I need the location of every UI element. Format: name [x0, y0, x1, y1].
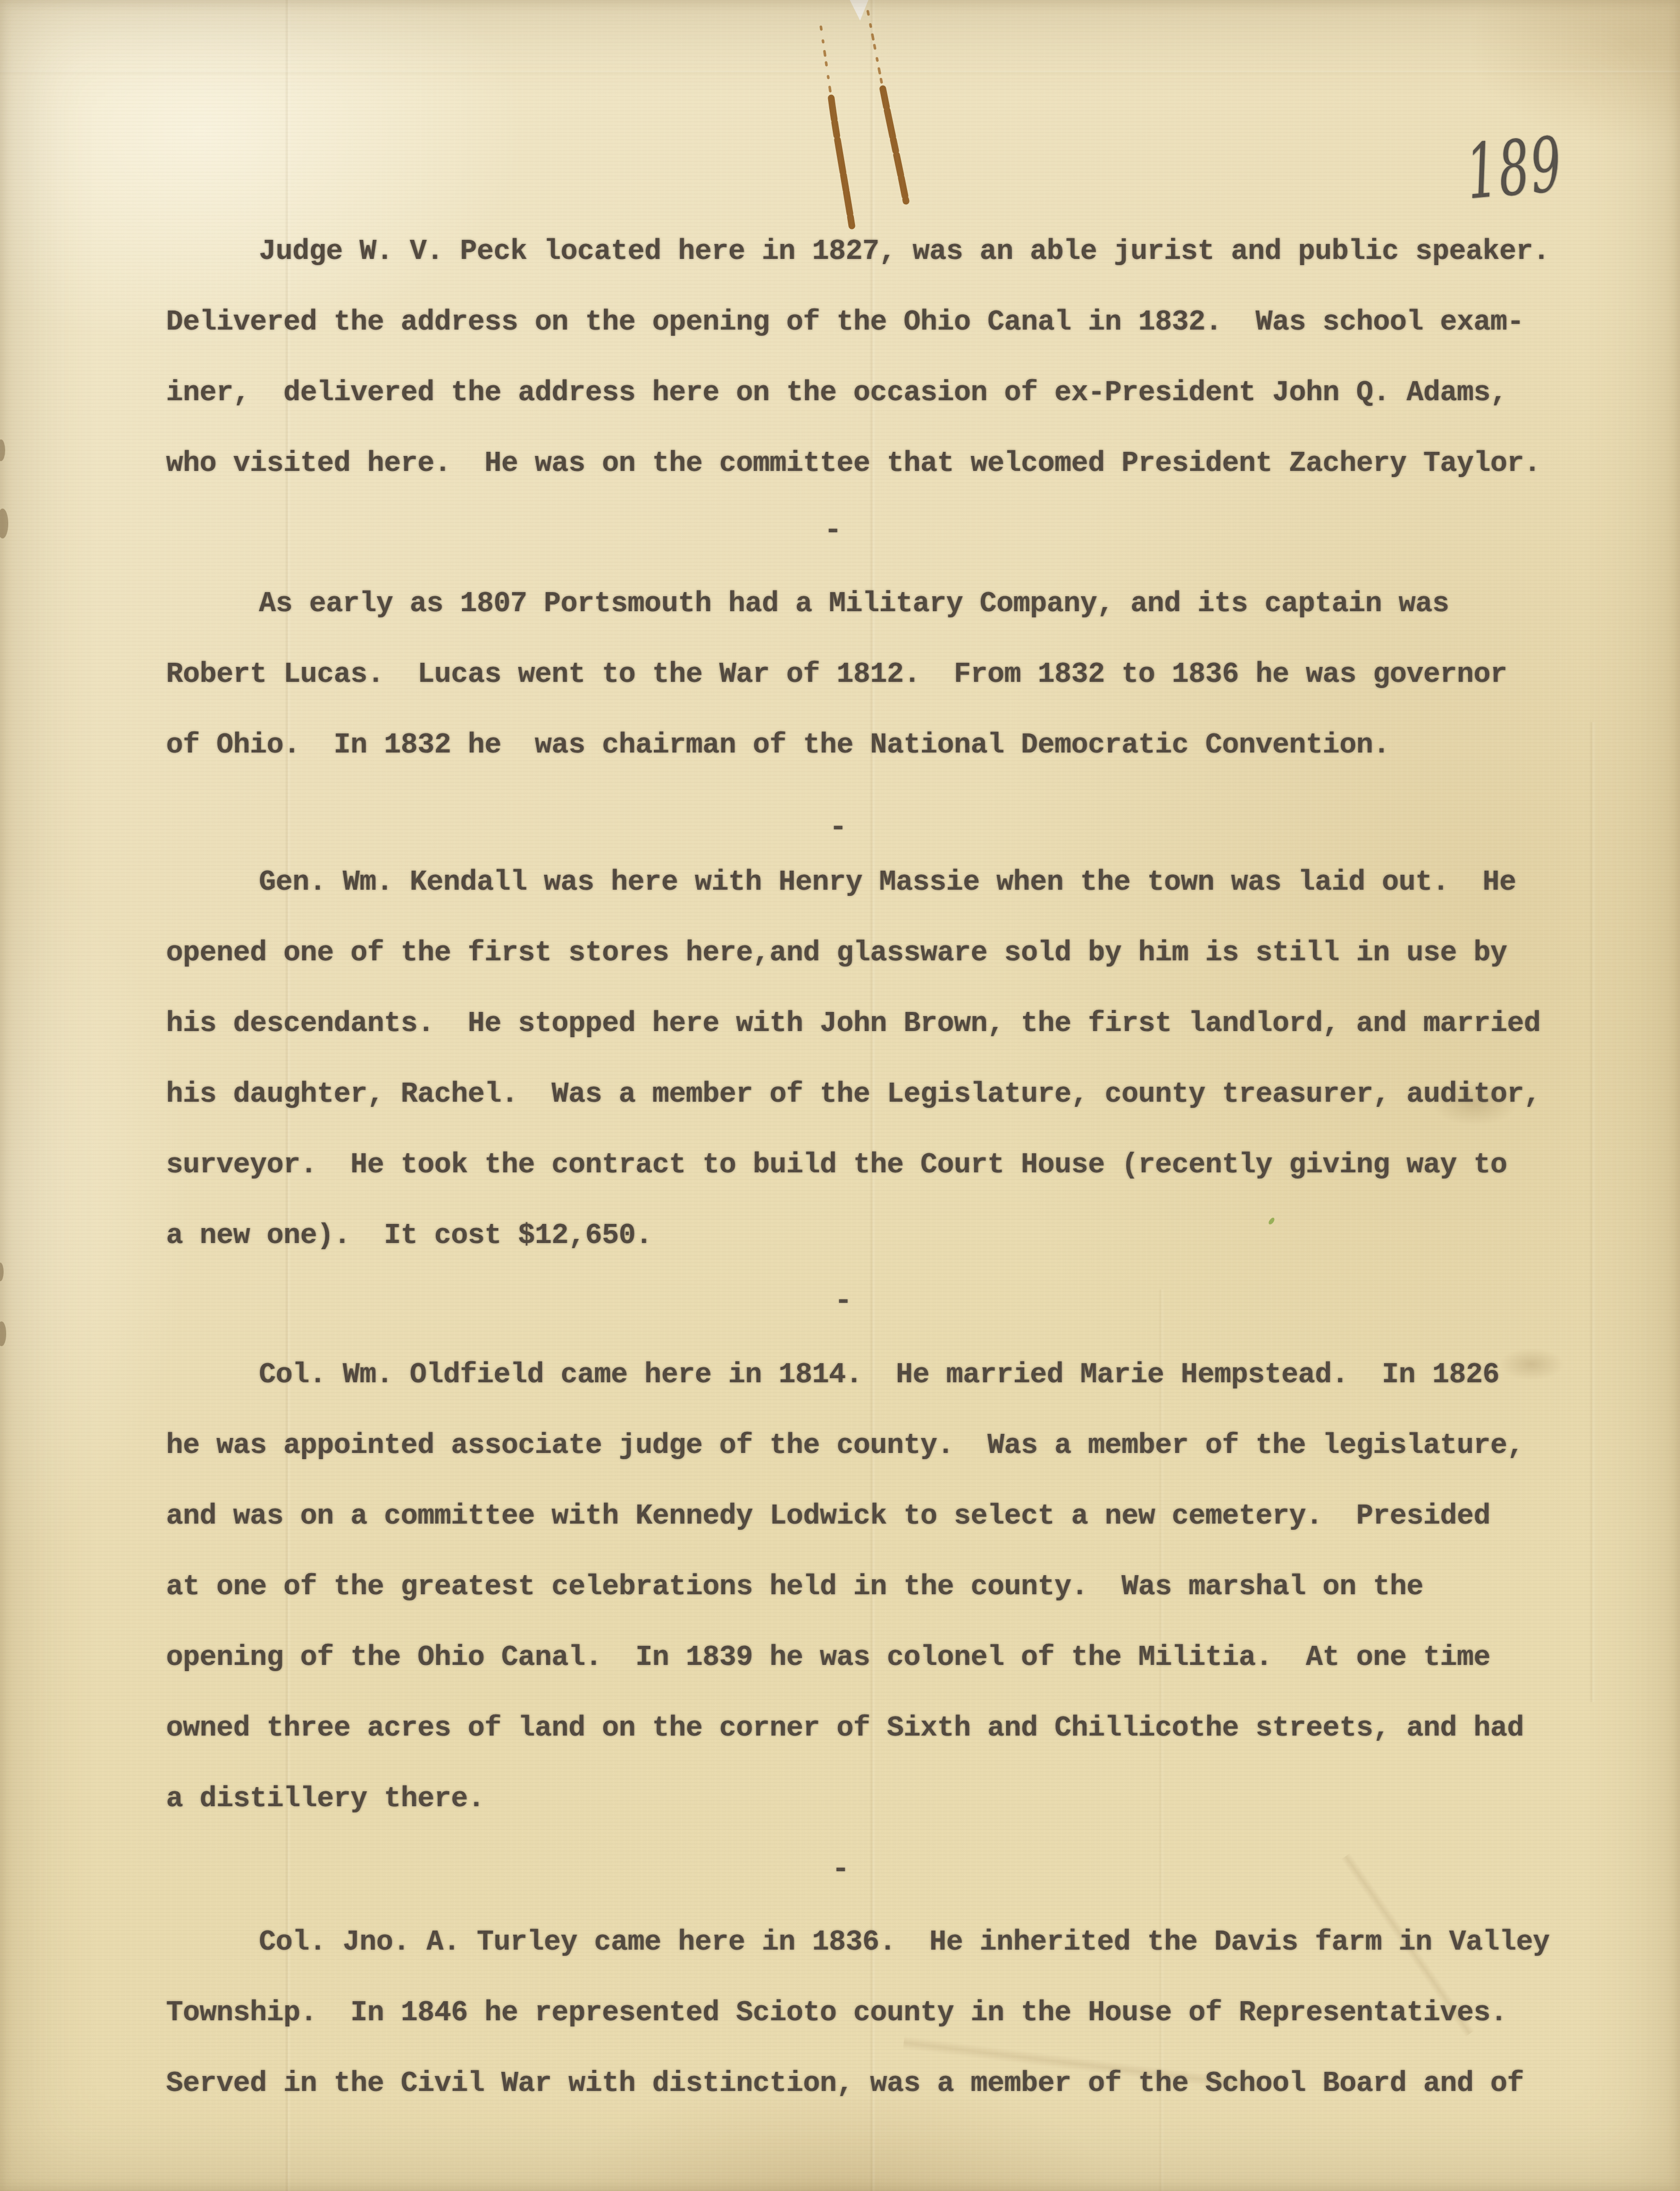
paragraph-3: Gen. Wm. Kendall was here with Henry Mas…	[166, 847, 1625, 1271]
text-line: he was appointed associate judge of the …	[166, 1410, 1625, 1481]
edge-nick	[0, 1321, 6, 1346]
paper-nick-hole	[850, 0, 868, 21]
page-number: 189	[1463, 127, 1566, 210]
paragraph-separator: -	[829, 814, 847, 842]
text-line: and was on a committee with Kennedy Lodw…	[166, 1481, 1625, 1551]
horizontal-crease	[0, 70, 1680, 74]
paragraph-5: Col. Jno. A. Turley came here in 1836. H…	[166, 1907, 1625, 2119]
edge-nick	[0, 1263, 4, 1281]
text-line: Col. Jno. A. Turley came here in 1836. H…	[166, 1907, 1625, 1977]
paragraph-2: As early as 1807 Portsmouth had a Milita…	[166, 568, 1625, 780]
text-line: a distillery there.	[166, 1763, 1625, 1834]
paragraph-separator: -	[832, 1856, 850, 1884]
text-line: opened one of the first stores here,and …	[166, 918, 1625, 988]
text-line: Col. Wm. Oldfield came here in 1814. He …	[166, 1339, 1625, 1410]
text-line: who visited here. He was on the committe…	[166, 428, 1625, 499]
text-line: Judge W. V. Peck located here in 1827, w…	[166, 216, 1625, 287]
rust-stain-marks	[794, 0, 938, 242]
text-line: Robert Lucas. Lucas went to the War of 1…	[166, 639, 1625, 710]
text-line: Gen. Wm. Kendall was here with Henry Mas…	[166, 847, 1625, 918]
text-line: a new one). It cost $12,650.	[166, 1200, 1625, 1271]
text-line: As early as 1807 Portsmouth had a Milita…	[166, 568, 1625, 639]
text-line: opening of the Ohio Canal. In 1839 he wa…	[166, 1622, 1625, 1693]
paragraph-1: Judge W. V. Peck located here in 1827, w…	[166, 216, 1625, 499]
text-line: Delivered the address on the opening of …	[166, 287, 1625, 357]
text-line: Served in the Civil War with distinction…	[166, 2048, 1625, 2119]
paragraph-4: Col. Wm. Oldfield came here in 1814. He …	[166, 1339, 1625, 1834]
edge-nick	[0, 509, 8, 538]
scanned-document-page: 189 Judge W. V. Peck located here in 182…	[0, 0, 1680, 2191]
edge-nick	[0, 439, 5, 461]
paragraph-separator: -	[824, 517, 842, 545]
text-line: at one of the greatest celebrations held…	[166, 1551, 1625, 1622]
paragraph-separator: -	[834, 1287, 852, 1316]
text-line: of Ohio. In 1832 he was chairman of the …	[166, 710, 1625, 780]
text-line: surveyor. He took the contract to build …	[166, 1130, 1625, 1200]
text-line: iner, delivered the address here on the …	[166, 357, 1625, 428]
text-line: Township. In 1846 he represented Scioto …	[166, 1977, 1625, 2048]
text-line: his daughter, Rachel. Was a member of th…	[166, 1059, 1625, 1130]
text-line: his descendants. He stopped here with Jo…	[166, 988, 1625, 1059]
text-line: owned three acres of land on the corner …	[166, 1693, 1625, 1763]
